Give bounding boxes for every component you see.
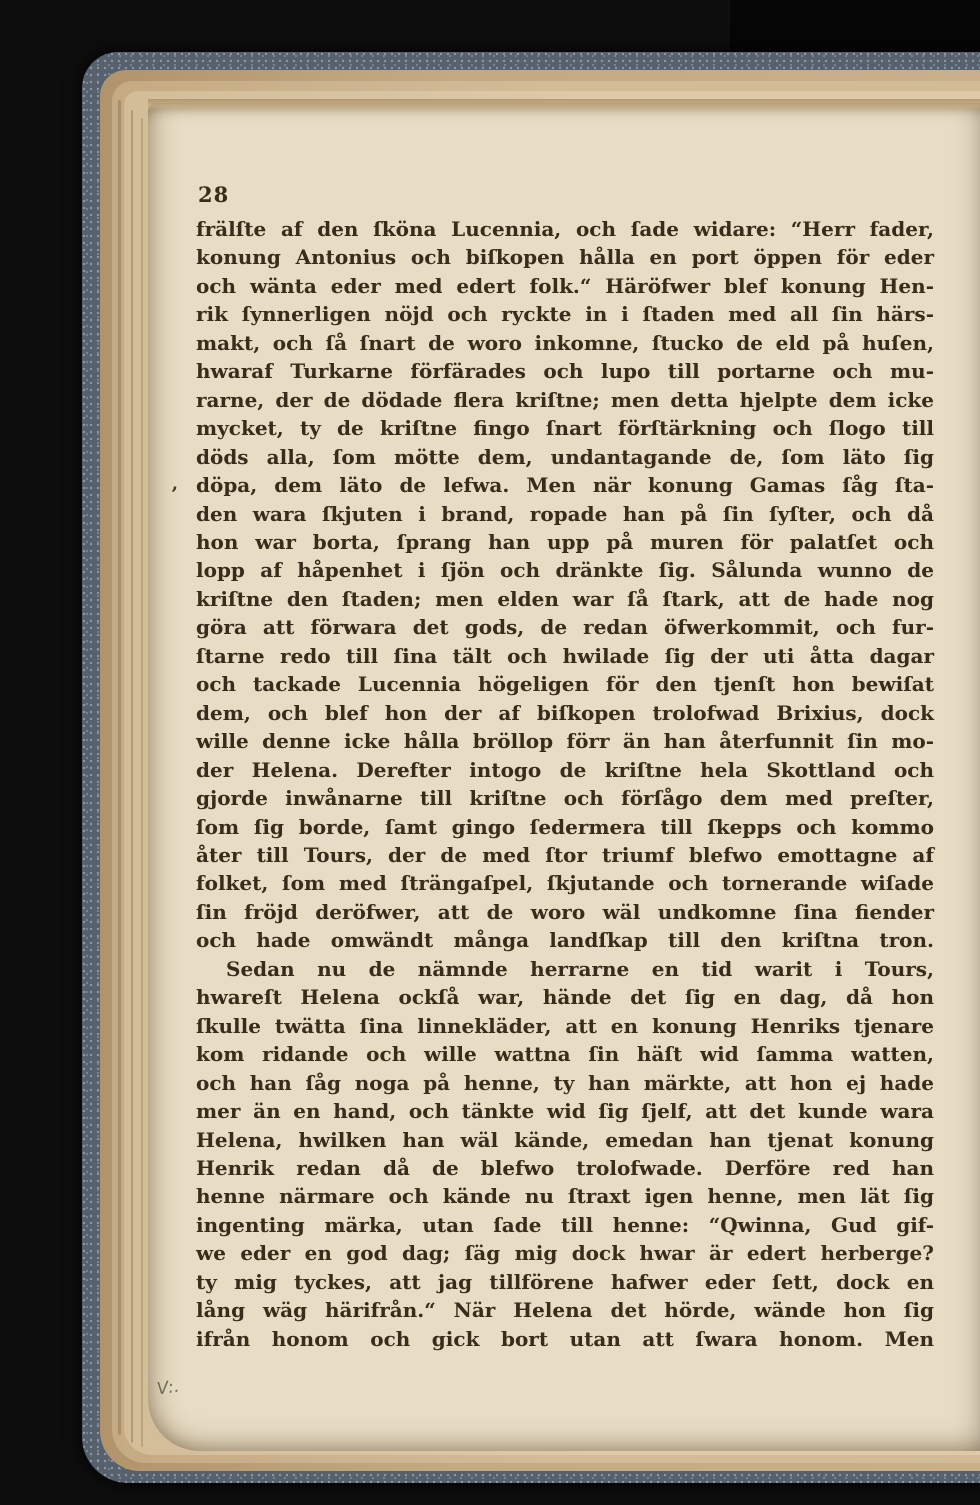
text-line: frälſte af den ſköna Lucennia, och ſade … (196, 215, 934, 243)
text-column: 28 frälſte af den ſköna Lucennia, och ſa… (196, 182, 934, 1353)
page-number: 28 (198, 182, 934, 207)
page-edge-streak (141, 118, 143, 1447)
background-shadow (730, 0, 980, 52)
text-line: rarne, der de dödade flera kriſtne; men … (196, 386, 934, 414)
text-line: ſom ſig borde, ſamt gingo ſedermera till… (196, 813, 934, 841)
text-line: mycket, ty de kriſtne fingo ſnart förſtä… (196, 414, 934, 442)
text-line: döds alla, ſom mötte dem, undantagande d… (196, 443, 934, 471)
text-line: rik ſynnerligen nöjd och ryckte in i ſta… (196, 300, 934, 328)
text-line: Helena, hwilken han wäl kände, emedan ha… (196, 1126, 934, 1154)
page-edge-streak (118, 100, 121, 1435)
text-line: wille denne icke hålla bröllop förr än h… (196, 727, 934, 755)
text-line: den wara ſkjuten i brand, ropade han på … (196, 500, 934, 528)
text-line: kriſtne den ſtaden; men elden war ſå ſta… (196, 585, 934, 613)
text-line: ingenting märka, utan ſade till henne: “… (196, 1211, 934, 1239)
text-line: hwareſt Helena ockſå war, hände det ſig … (196, 983, 934, 1011)
text-line: och wänta eder med edert folk.“ Häröfwer… (196, 272, 934, 300)
handwritten-mark: V:. (156, 1377, 181, 1400)
text-line: lång wäg härifrån.“ När Helena det hörde… (196, 1296, 934, 1324)
text-line: makt, och ſå ſnart de woro inkomne, ſtuc… (196, 329, 934, 357)
text-line: och han ſåg noga på henne, ty han märkte… (196, 1069, 934, 1097)
text-line: konung Antonius och biſkopen hålla en po… (196, 243, 934, 271)
text-line: ſtarne redo till ſina tält och hwilade ſ… (196, 642, 934, 670)
text-line: och hade omwändt många landſkap till den… (196, 926, 934, 954)
text-line: lopp af håpenhet i ſjön och dränkte ſig.… (196, 556, 934, 584)
text-line: mer än en hand, och tänkte wid ſig ſjelf… (196, 1097, 934, 1125)
text-line: döpa, dem läto de lefwa. Men när konung … (196, 471, 934, 499)
text-line: der Helena. Derefter intogo de kriſtne h… (196, 756, 934, 784)
text-line: gjorde inwånarne till kriſtne och förſåg… (196, 784, 934, 812)
text-line: hwaraf Turkarne förfärades och lupo till… (196, 357, 934, 385)
margin-mark: ’ (171, 482, 178, 506)
text-line: åter till Tours, der de med ſtor triumf … (196, 841, 934, 869)
text-line: hon war borta, ſprang han upp på muren f… (196, 528, 934, 556)
text-line: kom ridande och wille wattna ſin häſt wi… (196, 1040, 934, 1068)
text-line: henne närmare och kände nu ſtraxt igen h… (196, 1182, 934, 1210)
text-line: Sedan nu de nämnde herrarne en tid warit… (196, 955, 934, 983)
text-line: ſkulle twätta ſina linnekläder, att en k… (196, 1012, 934, 1040)
text-line: Henrik redan då de blefwo trolofwade. De… (196, 1154, 934, 1182)
page-top-edge (148, 99, 980, 111)
text-line: dem, och blef hon der af biſkopen trolof… (196, 699, 934, 727)
text-line: och tackade Lucennia högeligen för den t… (196, 670, 934, 698)
text-line: ifrån honom och gick bort utan att ſwara… (196, 1325, 934, 1353)
text-block: frälſte af den ſköna Lucennia, och ſade … (196, 215, 934, 1353)
text-line: ty mig tyckes, att jag tillförene hafwer… (196, 1268, 934, 1296)
text-line: göra att förwara det gods, de redan öfwe… (196, 613, 934, 641)
text-line: we eder en god dag; ſäg mig dock hwar är… (196, 1239, 934, 1267)
text-line: folket, ſom med ſträngaſpel, ſkjutande o… (196, 869, 934, 897)
page-edge-streak (131, 110, 133, 1443)
text-line: ſin fröjd deröfwer, att de woro wäl undk… (196, 898, 934, 926)
